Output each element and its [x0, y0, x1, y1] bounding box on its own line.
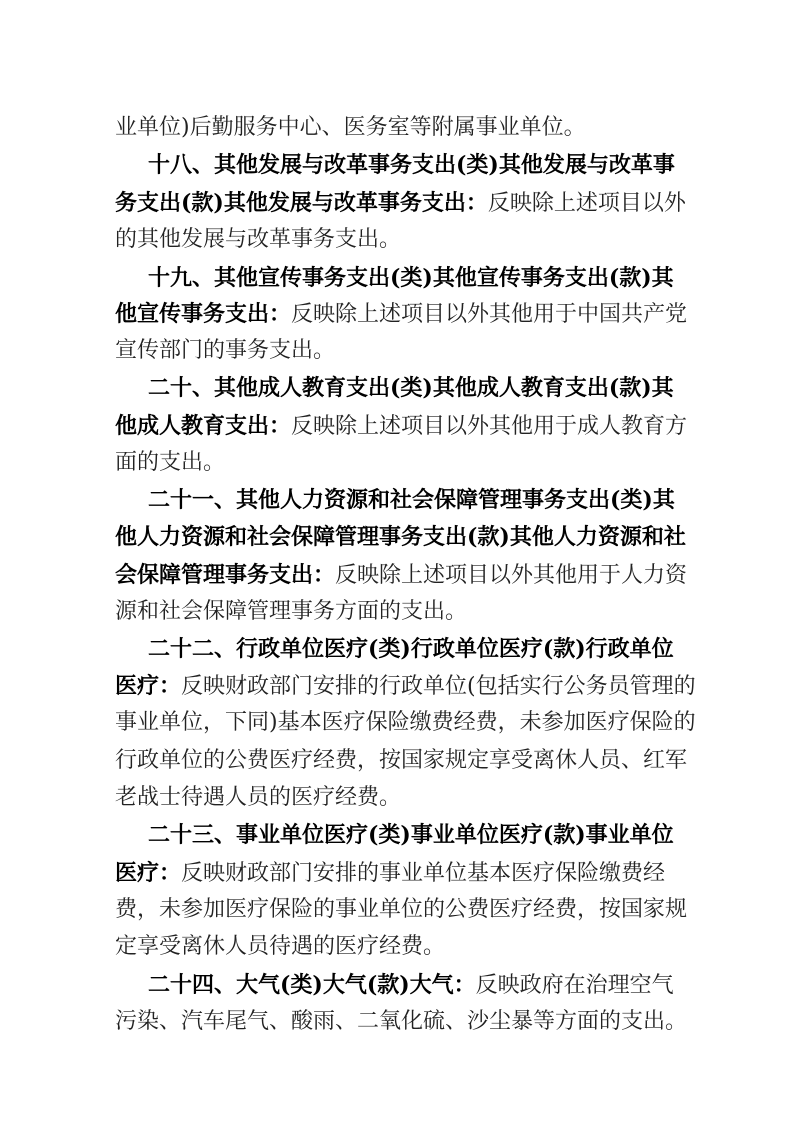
item-body-text: 反映财政部门安排的事业单位基本医疗保险缴费经	[181, 861, 665, 886]
document-page: 业单位)后勤服务中心、医务室等附属事业单位。十八、其他发展与改革事务支出(类)其…	[0, 0, 793, 1122]
text-line: 二十四、大气(类)大气(款)大气：反映政府在治理空气	[148, 970, 708, 1000]
text-line: 老战士待遇人员的医疗经费。	[115, 783, 675, 813]
text-line: 行政单位的公费医疗经费，按国家规定享受离休人员、红军	[115, 746, 675, 776]
item-body-text: 的其他发展与改革事务支出。	[115, 227, 401, 252]
text-line: 面的支出。	[115, 448, 675, 478]
item-body-text: 反映除上述项目以外其他用于成人教育方	[291, 414, 687, 439]
text-line: 二十一、其他人力资源和社会保障管理事务支出(类)其	[148, 485, 708, 515]
text-line: 他成人教育支出：反映除上述项目以外其他用于成人教育方	[115, 411, 675, 441]
item-body-text: 反映财政部门安排的行政单位(包括实行公务员管理的	[181, 674, 696, 699]
item-heading-text: 二十一、其他人力资源和社会保障管理事务支出(类)其	[148, 487, 675, 513]
text-line: 十八、其他发展与改革事务支出(类)其他发展与改革事	[148, 150, 708, 180]
text-line: 二十、其他成人教育支出(类)其他成人教育支出(款)其	[148, 373, 708, 403]
item-heading-text: 务支出(款)其他发展与改革事务支出：	[115, 190, 488, 216]
item-heading-text: 十八、其他发展与改革事务支出(类)其他发展与改革事	[148, 152, 675, 178]
text-line: 他宣传事务支出：反映除上述项目以外其他用于中国共产党	[115, 299, 675, 329]
item-body-text: 反映除上述项目以外其他用于人力资	[335, 563, 687, 588]
text-line: 污染、汽车尾气、酸雨、二氧化硫、沙尘暴等方面的支出。	[115, 1007, 675, 1037]
item-heading-text: 二十三、事业单位医疗(类)事业单位医疗(款)事业单位	[148, 822, 674, 848]
item-body-text: 反映除上述项目以外其他用于中国共产党	[291, 302, 687, 327]
item-body-text: 定享受离休人员待遇的医疗经费。	[115, 934, 445, 959]
item-body-text: 反映政府在治理空气	[476, 973, 674, 998]
item-heading-text: 医疗：	[115, 673, 181, 699]
item-body-text: 面的支出。	[115, 450, 225, 475]
text-line: 医疗：反映财政部门安排的事业单位基本医疗保险缴费经	[115, 858, 675, 888]
item-heading-text: 他成人教育支出：	[115, 413, 291, 439]
item-body-text: 老战士待遇人员的医疗经费。	[115, 785, 401, 810]
item-body-text: 事业单位，下同)基本医疗保险缴费经费，未参加医疗保险的	[115, 710, 696, 735]
item-body-text: 业单位)后勤服务中心、医务室等附属事业单位。	[115, 115, 586, 140]
item-body-text: 源和社会保障管理事务方面的支出。	[115, 599, 467, 624]
item-heading-text: 他人力资源和社会保障管理事务支出(款)其他人力资源和社	[115, 524, 686, 550]
text-line: 事业单位，下同)基本医疗保险缴费经费，未参加医疗保险的	[115, 708, 675, 738]
item-heading-text: 二十、其他成人教育支出(类)其他成人教育支出(款)其	[148, 375, 674, 401]
item-body-text: 反映除上述项目以外	[488, 191, 686, 216]
text-line: 二十二、行政单位医疗(类)行政单位医疗(款)行政单位	[148, 634, 708, 664]
text-line: 宣传部门的事务支出。	[115, 336, 675, 366]
text-line: 费，未参加医疗保险的事业单位的公费医疗经费，按国家规	[115, 895, 675, 925]
item-heading-text: 他宣传事务支出：	[115, 301, 291, 327]
text-line: 十九、其他宣传事务支出(类)其他宣传事务支出(款)其	[148, 263, 708, 293]
item-heading-text: 会保障管理事务支出：	[115, 562, 335, 588]
text-line: 源和社会保障管理事务方面的支出。	[115, 597, 675, 627]
item-heading-text: 医疗：	[115, 860, 181, 886]
text-line: 他人力资源和社会保障管理事务支出(款)其他人力资源和社	[115, 522, 675, 552]
item-body-text: 行政单位的公费医疗经费，按国家规定享受离休人员、红军	[115, 748, 687, 773]
text-line: 医疗：反映财政部门安排的行政单位(包括实行公务员管理的	[115, 671, 675, 701]
text-line: 的其他发展与改革事务支出。	[115, 225, 675, 255]
item-body-text: 污染、汽车尾气、酸雨、二氧化硫、沙尘暴等方面的支出。	[115, 1009, 687, 1034]
text-line: 业单位)后勤服务中心、医务室等附属事业单位。	[115, 113, 675, 143]
text-line: 务支出(款)其他发展与改革事务支出：反映除上述项目以外	[115, 188, 675, 218]
text-line: 二十三、事业单位医疗(类)事业单位医疗(款)事业单位	[148, 820, 708, 850]
text-line: 会保障管理事务支出：反映除上述项目以外其他用于人力资	[115, 560, 675, 590]
text-line: 定享受离休人员待遇的医疗经费。	[115, 932, 675, 962]
item-heading-text: 十九、其他宣传事务支出(类)其他宣传事务支出(款)其	[148, 265, 674, 291]
item-body-text: 宣传部门的事务支出。	[115, 338, 335, 363]
item-body-text: 费，未参加医疗保险的事业单位的公费医疗经费，按国家规	[115, 897, 687, 922]
item-heading-text: 二十四、大气(类)大气(款)大气：	[148, 972, 476, 998]
item-heading-text: 二十二、行政单位医疗(类)行政单位医疗(款)行政单位	[148, 636, 674, 662]
